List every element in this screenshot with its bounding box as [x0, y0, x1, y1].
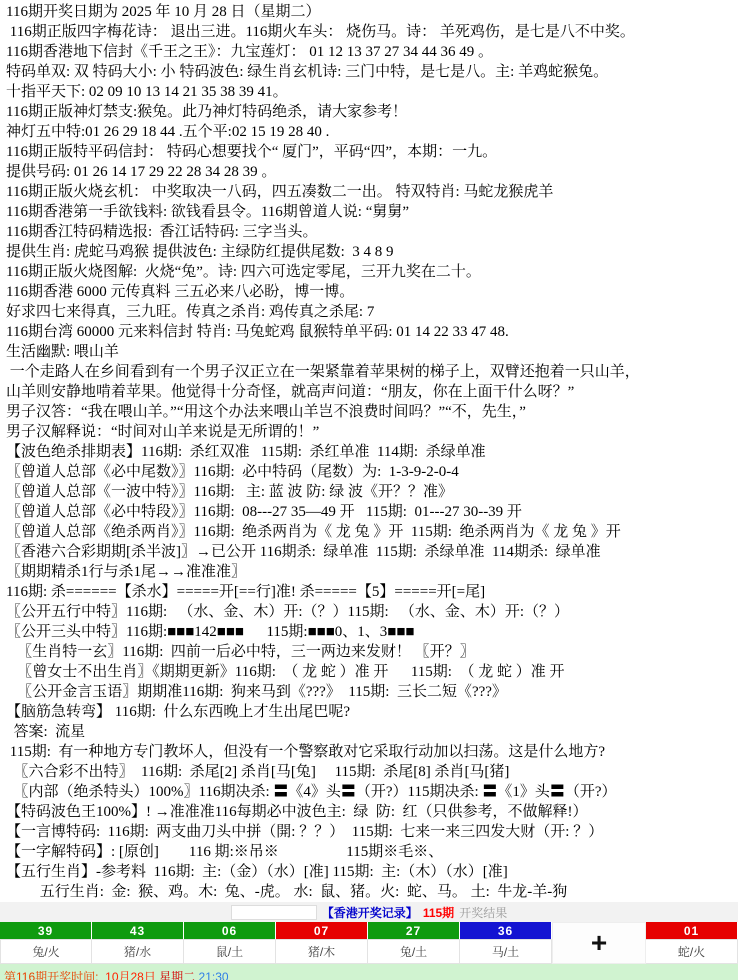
records-issue-number: 115期 — [423, 904, 454, 921]
doc-line: 〖曾道人总部《一波中特》〗116期: 主: 蓝 波 防: 绿 波《开？？准》 — [6, 482, 736, 502]
lottery-ball: 39兔/火 — [0, 922, 92, 964]
footer-text-segment: 21:30 — [199, 970, 229, 980]
doc-lines: 116期开奖日期为 2025 年 10 月 28 日（星期二） 116期正版四字… — [6, 2, 736, 902]
lottery-ball: 06鼠/土 — [184, 922, 276, 964]
doc-line: 提供号码: 01 26 14 17 29 22 28 34 28 39 。 — [6, 162, 736, 182]
plus-sign: + — [552, 922, 646, 964]
records-result-label: 开奖结果 — [459, 904, 507, 921]
doc-line: 男子汉答：“我在喂山羊。”“用这个办法来喂山羊岂不浪费时间吗？”“不，先生，” — [6, 402, 736, 422]
doc-line: 十指平天下: 02 09 10 13 14 21 35 38 39 41。 — [6, 82, 736, 102]
lottery-ball: 36马/土 — [460, 922, 552, 964]
doc-line: 116期台湾 60000 元来料信封 特肖: 马兔蛇鸡 鼠猴特单平码: 01 1… — [6, 322, 736, 342]
doc-line: 答案: 流星 — [6, 722, 736, 742]
doc-line: 男子汉解释说：“时间对山羊来说是无所谓的！” — [6, 422, 736, 442]
doc-line: 【一言博特码: 116期: 两支曲刀头中拼（開: ？？） 115期: 七来一来三… — [6, 822, 736, 842]
ball-number: 07 — [276, 922, 368, 939]
doc-line: 【脑筋急转弯】 116期: 什么东西晚上才生出尾巴呢? — [6, 702, 736, 722]
doc-line: 116期开奖日期为 2025 年 10 月 28 日（星期二） — [6, 2, 736, 22]
ball-zodiac-label: 兔/土 — [368, 939, 460, 964]
doc-line: 特码单双: 双 特码大小: 小 特码波色: 绿生肖玄机诗: 三门中特，是七是八。… — [6, 62, 736, 82]
lottery-ball: 27兔/土 — [368, 922, 460, 964]
lottery-ball: 01蛇/火 — [646, 922, 738, 964]
doc-line: 〖香港六合彩期期[杀半波]〗→已公开 116期杀: 绿单准 115期: 杀绿单准… — [6, 542, 736, 562]
doc-line: 116期香港地下信封《千王之王》：九宝莲灯： 01 12 13 37 27 34… — [6, 42, 736, 62]
ball-zodiac-label: 猪/木 — [276, 939, 368, 964]
search-box[interactable] — [231, 905, 317, 920]
doc-line: 一个走路人在乡间看到有一个男子汉正立在一架紧靠着苹果树的梯子上，双臂还抱着一只山… — [6, 362, 736, 382]
ball-number: 27 — [368, 922, 460, 939]
doc-line: 〖曾道人总部《必中特段》〗116期: 08---27 35—49 开 115期:… — [6, 502, 736, 522]
doc-line: 〖生肖特一玄〗116期: 四前一后必中特，三一两边来发财！ 〖开？〗 — [6, 642, 736, 662]
ball-zodiac-label: 蛇/火 — [646, 939, 738, 964]
ball-number: 06 — [184, 922, 276, 939]
doc-line: 【一字解特码】: [原创] 116 期:※吊※ 115期※毛※、 — [6, 842, 736, 862]
doc-line: 〖公开金言玉语〗期期准116期: 狗来马到《???》 115期: 三长二短《??… — [6, 682, 736, 702]
doc-line: 山羊则安静地啃着苹果。他觉得十分奇怪，就高声问道：“朋友，你在上面干什么呀？” — [6, 382, 736, 402]
records-title-link[interactable]: 【香港开奖记录】 — [322, 904, 418, 921]
doc-line: 116期正版四字梅花诗： 退出三进。116期火车头： 烧伤马。诗： 羊死鸡伤，是… — [6, 22, 736, 42]
doc-line: 〖曾道人总部《必中尾数》〗116期: 必中特码（尾数）为: 1-3-9-2-0-… — [6, 462, 736, 482]
doc-line: 【特码波色王100%】! →准准准116每期必中波色主: 绿 防: 红（只供参考… — [6, 802, 736, 822]
doc-line: 116期正版特平码信封： 特码心想要找个“ 厦门”，平码“四”，本期：一九。 — [6, 142, 736, 162]
ball-zodiac-label: 鼠/土 — [184, 939, 276, 964]
doc-line: 神灯五中特:01 26 29 18 44 .五个平:02 15 19 28 40… — [6, 122, 736, 142]
tip-sheet-body: 116期开奖日期为 2025 年 10 月 28 日（星期二） 116期正版四字… — [0, 0, 738, 902]
doc-line: 生活幽默: 喂山羊 — [6, 342, 736, 362]
lottery-ball: 43猪/水 — [92, 922, 184, 964]
ball-number: 01 — [646, 922, 738, 939]
ball-zodiac-label: 兔/火 — [0, 939, 92, 964]
ball-number: 36 — [460, 922, 552, 939]
doc-line: 116期: 杀======【杀水】=====开[==行]准! 杀=====【5】… — [6, 582, 736, 602]
draw-balls-row: 39兔/火43猪/水06鼠/土07猪/木27兔/土36马/土+01蛇/火 — [0, 922, 738, 964]
doc-line: 115期: 有一种地方专门教坏人，但没有一个警察敢对它采取行动加以扫荡。这是什么… — [6, 742, 736, 762]
next-draw-time: 第116期开奖时间: 10月28日 星期二 21:30 — [0, 964, 738, 980]
footer-text-segment: 第116期开奖时间: — [4, 970, 105, 980]
doc-line: 提供生肖: 虎蛇马鸡猴 提供波色: 主绿防红提供尾数: 3 4 8 9 — [6, 242, 736, 262]
doc-line: 五行生肖: 金: 猴、鸡。木: 兔、-虎。 水: 鼠、猪。火: 蛇、马。 土: … — [6, 882, 736, 902]
ball-number: 39 — [0, 922, 92, 939]
doc-line: 〖公开五行中特〗116期: （水、金、木）开:（？）115期: （水、金、木）开… — [6, 602, 736, 622]
doc-line: 116期香港 6000 元传真料 三五必来八必盼，博一博。 — [6, 282, 736, 302]
doc-line: 116期正版火烧图解: 火烧“兔”。诗: 四六可选定零尾，三开九奖在二十。 — [6, 262, 736, 282]
doc-line: 〖曾道人总部《绝杀两肖》〗116期: 绝杀两肖为《 龙 兔 》开 115期: 绝… — [6, 522, 736, 542]
ball-zodiac-label: 猪/水 — [92, 939, 184, 964]
draw-records-bar: 【香港开奖记录】 115期 开奖结果 — [0, 902, 738, 922]
footer-text-segment: 10月28日 — [105, 970, 159, 980]
doc-line: 〖内部（绝杀特头）100%〗116期决杀: 〓《4》头〓（开?）115期决杀: … — [6, 782, 736, 802]
doc-line: 【五行生肖】-参考料 116期: 主:（金）（水）[准] 115期: 主:（木）… — [6, 862, 736, 882]
doc-line: 〖期期精杀1行与杀1尾→→准准准〗 — [6, 562, 736, 582]
doc-line: 好求四七来得真，三九旺。传真之杀肖: 鸡传真之杀尾: 7 — [6, 302, 736, 322]
doc-line: 116期香江特码精选报: 香江话特码: 三字当头。 — [6, 222, 736, 242]
doc-line: 〖六合彩不出特〗 116期: 杀尾[2] 杀肖[马[兔] 115期: 杀尾[8]… — [6, 762, 736, 782]
lottery-ball: 07猪/木 — [276, 922, 368, 964]
footer-text-segment: 星期二 — [159, 970, 198, 980]
doc-line: 【波色绝杀排期表】116期: 杀红双准 115期: 杀红单准 114期: 杀绿单… — [6, 442, 736, 462]
ball-number: 43 — [92, 922, 184, 939]
doc-line: 116期香港第一手欲钱料: 欲钱看县令。116期曾道人说: “舅舅” — [6, 202, 736, 222]
doc-line: 〖公开三头中特〗116期:■■■142■■■ 115期:■■■0、1、3■■■ — [6, 622, 736, 642]
doc-line: 〖曾女士不出生肖〗《期期更新》116期: （ 龙 蛇 ）准 开 115期: （ … — [6, 662, 736, 682]
ball-zodiac-label: 马/土 — [460, 939, 552, 964]
doc-line: 116期正版火烧玄机： 中奖取决一八码，四五凑数二一出。 特双特肖: 马蛇龙猴虎… — [6, 182, 736, 202]
doc-line: 116期正版神灯禁支:猴兔。此乃神灯特码绝杀，请大家参考！ — [6, 102, 736, 122]
